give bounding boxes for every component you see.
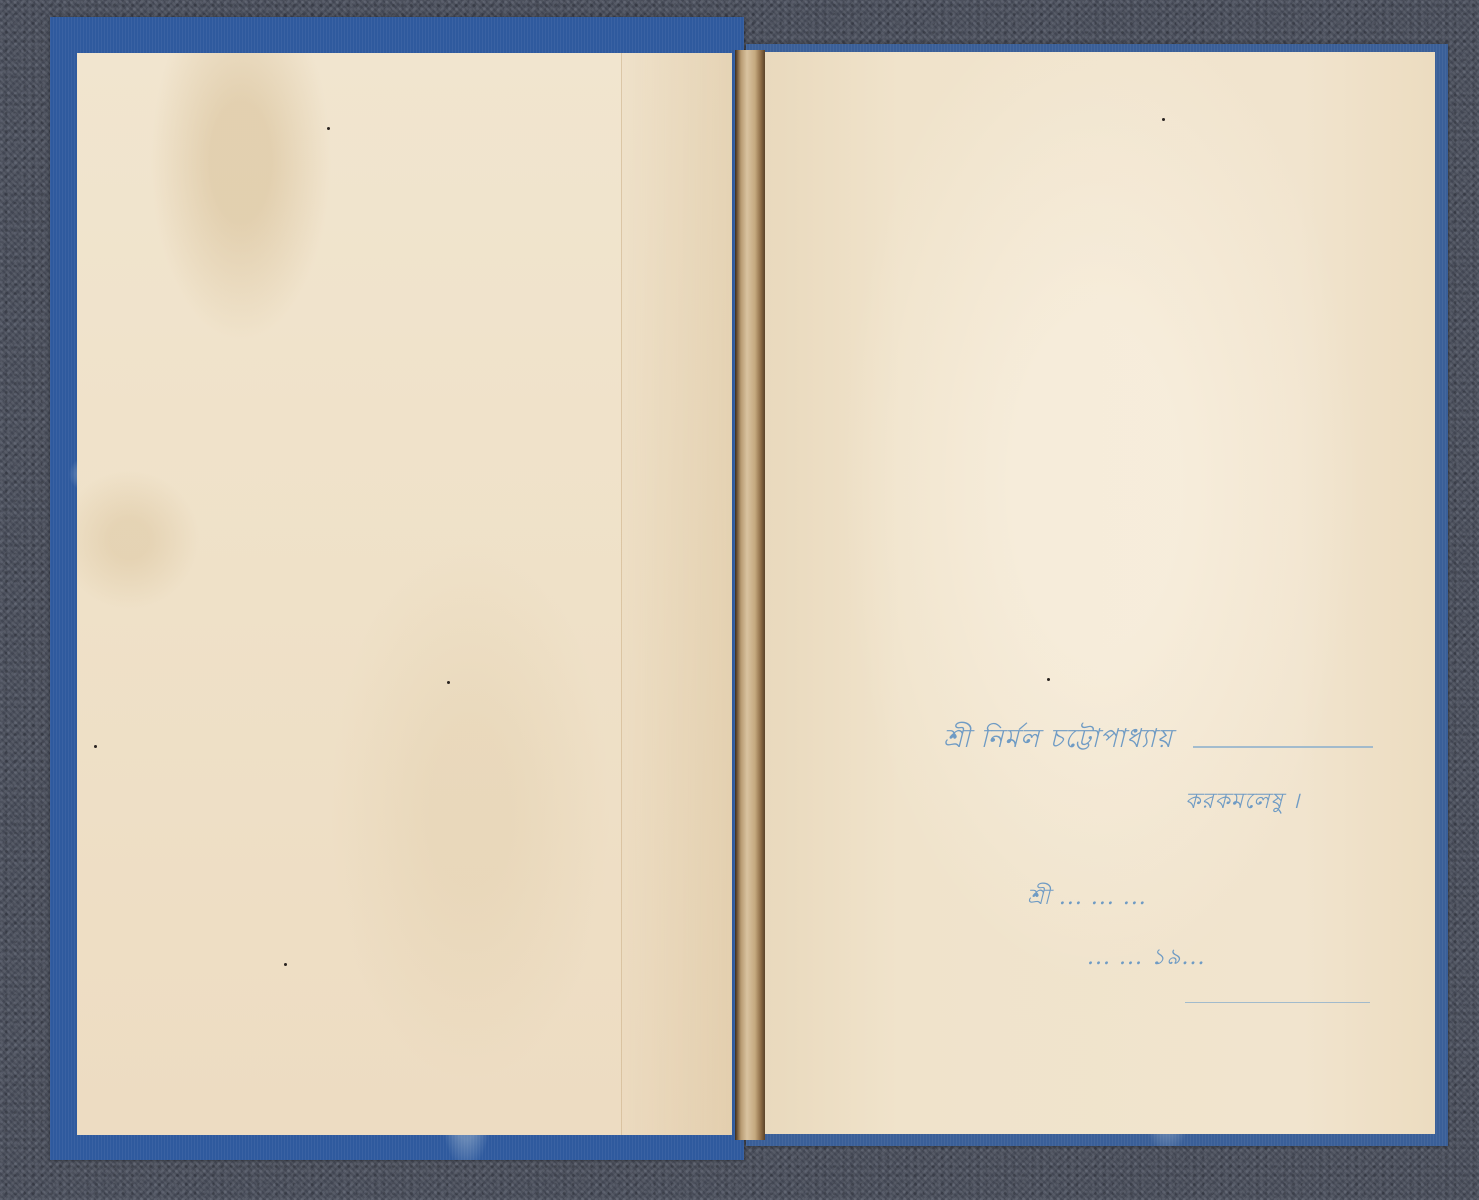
paper-speck [1162, 118, 1165, 121]
inscription-baseline [1185, 1002, 1370, 1003]
paper-speck [327, 127, 330, 130]
right-endpaper: শ্রী নির্মল চট্টোপাধ্যায় করকমলেষু । শ্র… [765, 52, 1435, 1134]
paper-speck [447, 681, 450, 684]
left-endpaper [77, 53, 732, 1135]
paper-speck [94, 745, 97, 748]
book-gutter [735, 50, 765, 1140]
inscription-sender: শ্রী ... ... ... [1027, 880, 1147, 917]
inscription-recipient: শ্রী নির্মল চট্টোপাধ্যায় [943, 718, 1173, 762]
inscription-salutation: করকমলেষু । [1185, 784, 1300, 821]
inscription-underline [1193, 746, 1373, 748]
paper-speck [1047, 678, 1050, 681]
inscription-date: ... ... ১৯... [1087, 940, 1205, 977]
endpaper-fold [621, 53, 732, 1135]
paper-speck [284, 963, 287, 966]
